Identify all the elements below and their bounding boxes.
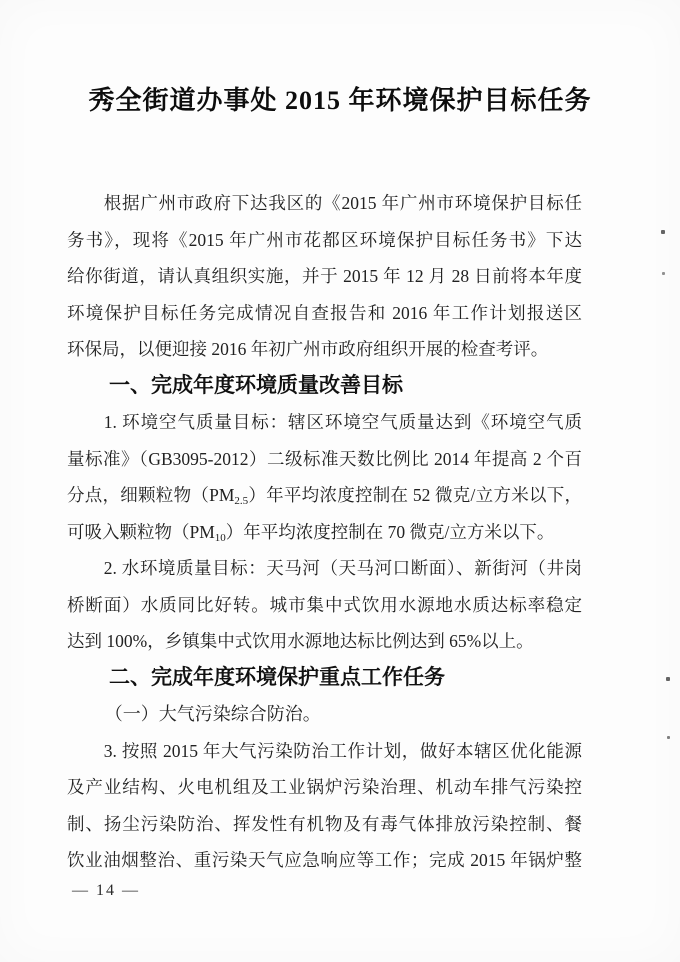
text-line: 根据广州市政府下达我区的《2015 年广州市环境保护目标任	[67, 185, 582, 222]
text-line: 3. 按照 2015 年大气污染防治工作计划，做好本辖区优化能源	[67, 733, 582, 770]
document-body: 根据广州市政府下达我区的《2015 年广州市环境保护目标任务书》，现将《2015…	[67, 185, 582, 879]
text-block: 一、完成年度环境质量改善目标	[67, 368, 582, 405]
scan-speck	[666, 677, 670, 681]
text-block: 3. 按照 2015 年大气污染防治工作计划，做好本辖区优化能源及产业结构、火电…	[67, 733, 582, 879]
text-line: 达到 100%，乡镇集中式饮用水源地达标比例达到 65%以上。	[67, 623, 582, 660]
text-block: 2. 水环境质量目标：天马河（天马河口断面）、新街河（井岗桥断面）水质同比好转。…	[67, 550, 582, 660]
text-line: 2. 水环境质量目标：天马河（天马河口断面）、新街河（井岗	[67, 550, 582, 587]
text-block: 二、完成年度环境保护重点工作任务	[67, 660, 582, 697]
text-block: 根据广州市政府下达我区的《2015 年广州市环境保护目标任务书》，现将《2015…	[67, 185, 582, 368]
text-line: 给你街道，请认真组织实施，并于 2015 年 12 月 28 日前将本年度	[67, 258, 582, 295]
text-line: 环保局，以便迎接 2016 年初广州市政府组织开展的检查考评。	[67, 331, 582, 368]
text-line: 桥断面）水质同比好转。城市集中式饮用水源地水质达标率稳定	[67, 587, 582, 624]
text-line: 分点，细颗粒物（PM2.5）年平均浓度控制在 52 微克/立方米以下，	[67, 477, 582, 514]
text-line: 制、扬尘污染防治、挥发性有机物及有毒气体排放污染控制、餐	[67, 806, 582, 843]
text-line: 饮业油烟整治、重污染天气应急响应等工作；完成 2015 年锅炉整	[67, 842, 582, 879]
text-block: （一）大气污染综合防治。	[67, 696, 582, 733]
text-line: 务书》，现将《2015 年广州市花都区环境保护目标任务书》下达	[67, 222, 582, 259]
scan-speck	[667, 736, 670, 739]
text-line: （一）大气污染综合防治。	[67, 696, 582, 733]
text-block: 1. 环境空气质量目标：辖区环境空气质量达到《环境空气质量标准》（GB3095-…	[67, 404, 582, 550]
text-line: 量标准》（GB3095-2012）二级标准天数比例比 2014 年提高 2 个百	[67, 441, 582, 478]
scan-speck	[662, 272, 665, 275]
text-line: 环境保护目标任务完成情况自查报告和 2016 年工作计划报送区	[67, 295, 582, 332]
document-page: 秀全街道办事处 2015 年环境保护目标任务 根据广州市政府下达我区的《2015…	[0, 0, 680, 962]
text-line: 二、完成年度环境保护重点工作任务	[67, 660, 582, 697]
text-line: 及产业结构、火电机组及工业锅炉污染治理、机动车排气污染控	[67, 769, 582, 806]
document-title: 秀全街道办事处 2015 年环境保护目标任务	[0, 0, 680, 118]
text-line: 一、完成年度环境质量改善目标	[67, 368, 582, 405]
page-number: — 14 —	[72, 882, 140, 900]
text-line: 可吸入颗粒物（PM10）年平均浓度控制在 70 微克/立方米以下。	[67, 514, 582, 551]
text-line: 1. 环境空气质量目标：辖区环境空气质量达到《环境空气质	[67, 404, 582, 441]
scan-speck	[661, 230, 665, 234]
